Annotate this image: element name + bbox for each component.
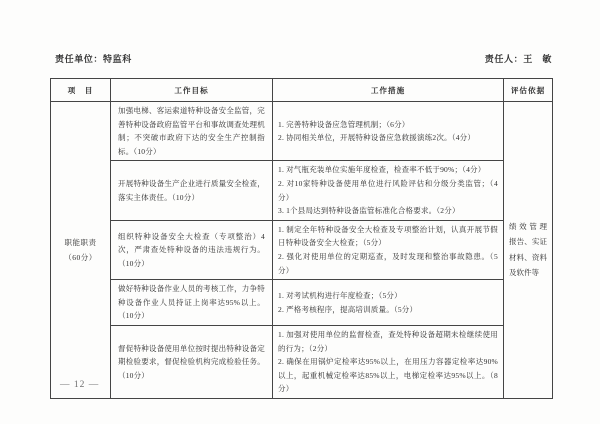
- project-category-cell: 职能职责 （60分）: [51, 102, 111, 399]
- document-page: 责任单位：特监科 责任人：王 敏 项 目 工作目标 工作措施 评估依据 职能职责…: [0, 0, 600, 424]
- evaluation-basis-line: 材料、资料: [509, 250, 547, 266]
- col-header-work-measures: 工作措施: [273, 79, 504, 102]
- measure-item: 2. 强化对使用单位的定期巡查，及时发现和整治事故隐患。（5分）: [278, 250, 498, 277]
- table-row: 做好特种设备作业人员的考核工作，力争特种设备作业人员持证上岗率达95%以上。（1…: [51, 280, 553, 326]
- responsible-person-label: 责任人：王 敏: [485, 52, 552, 65]
- measure-item: 1. 对考试机构进行年度检查；（5分）: [278, 289, 498, 303]
- work-measures-cell: 1. 加强对使用单位的监督检查，查处特种设备超期未检继续使用的行为；（2分） 2…: [273, 325, 504, 398]
- work-goal-cell: 督促特种设备使用单位按时提出特种设备定期检验要求，督促检验机构完成检验任务。（1…: [111, 325, 273, 398]
- measure-item: 1. 完善特种设备应急管理机制；（6分）: [278, 118, 498, 132]
- work-goal-cell: 开展特种设备生产企业进行质量安全检查，落实主体责任。（10分）: [111, 161, 273, 220]
- table-row: 职能职责 （60分） 加强电梯、客运索道特种设备安全监管，完善特种设备政府监管平…: [51, 102, 553, 161]
- table-row: 督促特种设备使用单位按时提出特种设备定期检验要求，督促检验机构完成检验任务。（1…: [51, 325, 553, 398]
- responsible-unit-label: 责任单位：特监科: [55, 52, 132, 65]
- work-measures-cell: 1. 完善特种设备应急管理机制；（6分） 2. 协同相关单位，开展特种设备应急救…: [273, 102, 504, 161]
- table-row: 组织特种设备安全大检查（专项整治）4次，严肃查处特种设备的违法违规行为。（10分…: [51, 220, 553, 279]
- project-category-line: 职能职责: [51, 235, 110, 250]
- performance-assessment-table: 项 目 工作目标 工作措施 评估依据 职能职责 （60分） 加强电梯、客运索道特…: [50, 78, 553, 399]
- measure-item: 1. 加强对使用单位的监督检查，查处特种设备超期未检继续使用的行为；（2分）: [278, 328, 498, 355]
- measure-item: 2. 协同相关单位，开展特种设备应急救援演练2次。（4分）: [278, 131, 498, 145]
- work-goal-cell: 加强电梯、客运索道特种设备安全监管，完善特种设备政府监管平台和事故调查处理机制；…: [111, 102, 273, 161]
- work-goal-cell: 组织特种设备安全大检查（专项整治）4次，严肃查处特种设备的违法违规行为。（10分…: [111, 220, 273, 279]
- col-header-project: 项 目: [51, 79, 111, 102]
- document-header: 责任单位：特监科 责任人：王 敏: [55, 52, 552, 65]
- evaluation-basis-line: 报告、实证: [509, 234, 547, 250]
- work-measures-cell: 1. 制定全年特种设备安全大检查及专项整治计划，认真开展节假日特种设备安全大检查…: [273, 220, 504, 279]
- page-number: — 12 —: [60, 380, 99, 390]
- project-category-line: （60分）: [51, 250, 110, 265]
- measure-item: 3. 1个县局达到特种设备监管标准化合格要求。（2分）: [278, 204, 498, 218]
- work-measures-cell: 1. 对考试机构进行年度检查；（5分） 2. 严格考核程序，提高培训质量。（5分…: [273, 280, 504, 326]
- measure-item: 2. 对10家特种设备使用单位进行风险评估和分级分类监管；（4分）: [278, 177, 498, 204]
- col-header-work-goal: 工作目标: [111, 79, 273, 102]
- measure-item: 2. 确保在用锅炉定检率达95%以上，在用压力容器定检率达90%以上，起重机械定…: [278, 355, 498, 396]
- table-header-row: 项 目 工作目标 工作措施 评估依据: [51, 79, 553, 102]
- work-measures-cell: 1. 对气瓶充装单位实施年度检查，检查率不低于90%；（4分） 2. 对10家特…: [273, 161, 504, 220]
- evaluation-basis-line: 及软件等: [509, 265, 547, 281]
- evaluation-basis-line: 绩效管理: [509, 219, 547, 235]
- measure-item: 2. 严格考核程序，提高培训质量。（5分）: [278, 303, 498, 317]
- table-row: 开展特种设备生产企业进行质量安全检查，落实主体责任。（10分） 1. 对气瓶充装…: [51, 161, 553, 220]
- col-header-evaluation-basis: 评估依据: [504, 79, 553, 102]
- measure-item: 1. 制定全年特种设备安全大检查及专项整治计划，认真开展节假日特种设备安全大检查…: [278, 223, 498, 250]
- measure-item: 1. 对气瓶充装单位实施年度检查，检查率不低于90%；（4分）: [278, 163, 498, 177]
- work-goal-cell: 做好特种设备作业人员的考核工作，力争特种设备作业人员持证上岗率达95%以上。（1…: [111, 280, 273, 326]
- evaluation-basis-cell: 绩效管理 报告、实证 材料、资料 及软件等: [504, 102, 553, 399]
